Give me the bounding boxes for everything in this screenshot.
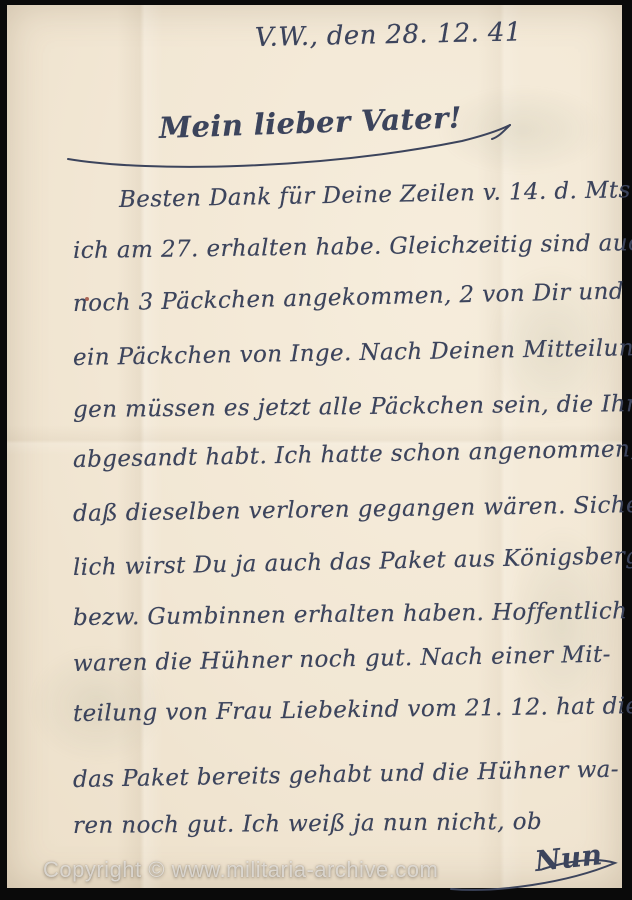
letter-line: Besten Dank für Deine Zeilen v. 14. d. M… — [119, 176, 632, 213]
letter-paper: V.W., den 28. 12. 41 Mein lieber Vater! … — [7, 5, 622, 888]
letter-dateline: V.W., den 28. 12. 41 — [255, 17, 522, 53]
letter-catchword: Nun — [533, 838, 604, 878]
bleed-through-smudge — [437, 85, 607, 175]
letter-salutation: Mein lieber Vater! — [158, 100, 462, 145]
letter-scan: V.W., den 28. 12. 41 Mein lieber Vater! … — [0, 0, 632, 900]
letter-line: ren noch gut. Ich weiß ja nun nicht, ob — [73, 809, 542, 839]
watermark: Copyright © www.militaria-archive.com — [43, 857, 438, 883]
